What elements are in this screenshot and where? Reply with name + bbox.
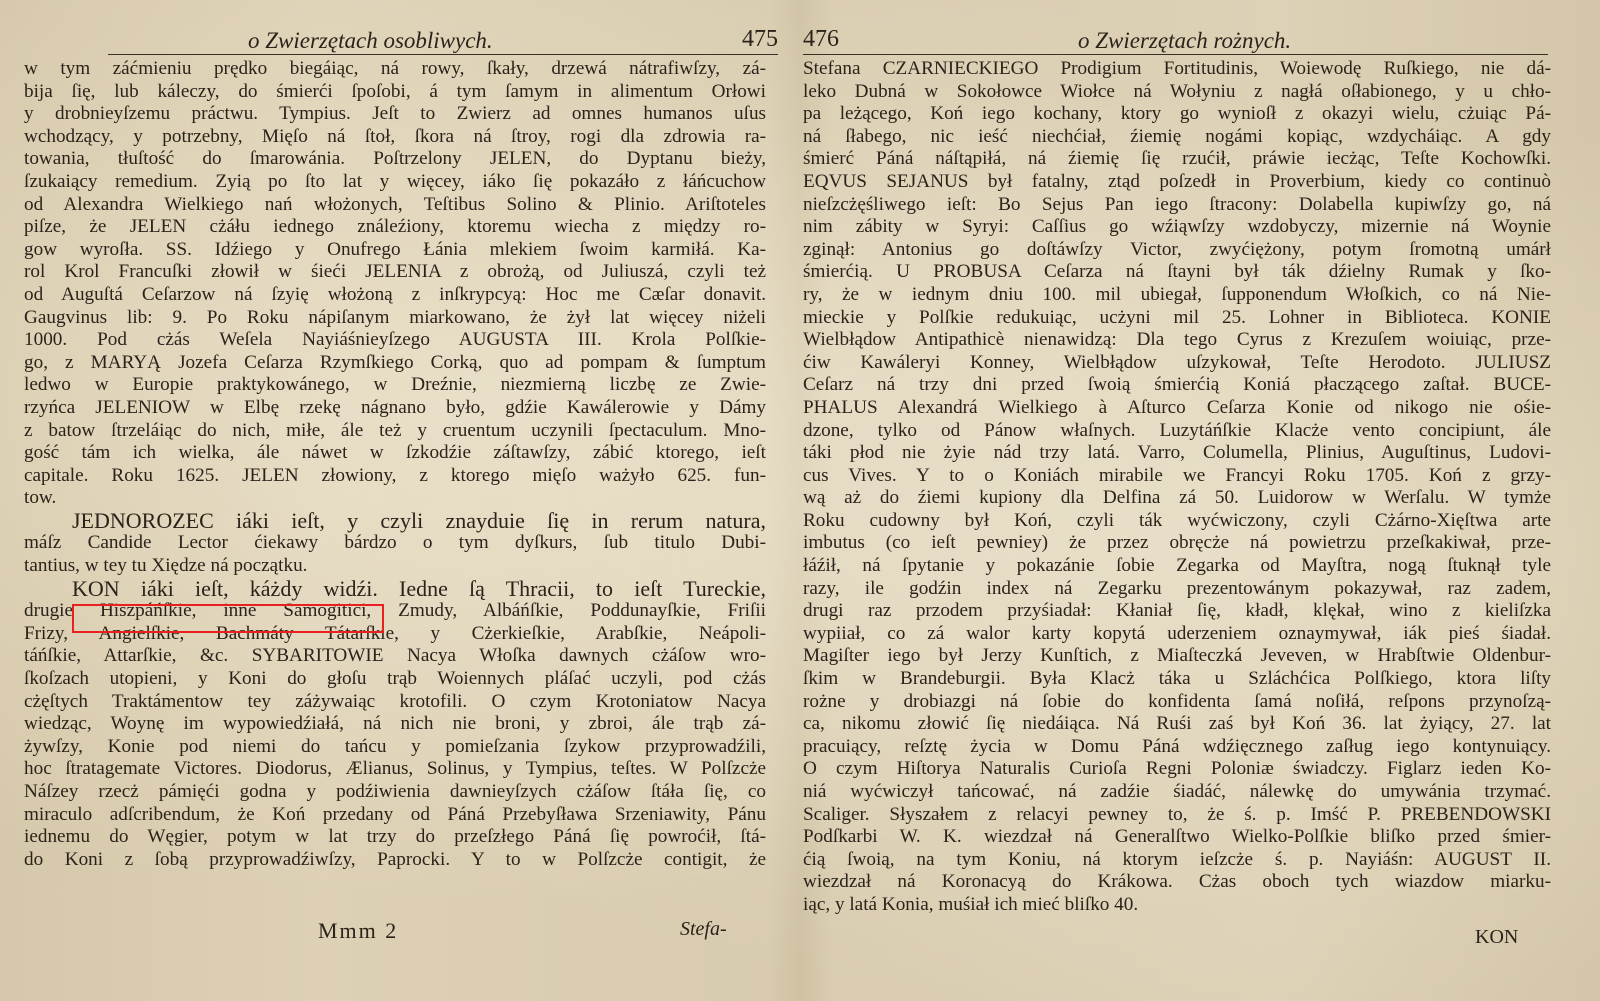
- text-line: od Alexandra Wielkiego nań włożonych, Te…: [24, 194, 766, 217]
- text-line: 1000. Pod cżás Weſela Nayiáśnieyſzego AU…: [24, 329, 766, 352]
- text-line: leko Dubná w Sokołowce Wiołce ná Wołyniu…: [803, 81, 1551, 104]
- text-line: Podſkarbi W. K. wiezdzał ná Generalſtwo …: [803, 826, 1551, 849]
- text-line: Wielbłądow Antipathicè nienawidzą: Dla t…: [803, 329, 1551, 352]
- running-head-left: o Zwierzętach osobliwych. 475: [108, 28, 778, 55]
- text-line: miraculo adſcribendum, że Koń przedany o…: [24, 804, 766, 827]
- text-line: wchodzący, y potrzebny, Mięſo ná ſtoł, ſ…: [24, 126, 766, 149]
- left-page: o Zwierzętach osobliwych. 475 w tym záćm…: [0, 0, 795, 1001]
- text-line: y drobnieyſzemu práctwu. Tympius. Jeſt t…: [24, 103, 766, 126]
- text-line: bija ſię, lub káleczy, do śmierći ſpoſob…: [24, 81, 766, 104]
- text-line: O czym Hiſtorya Naturalis Curioſa Regni …: [803, 758, 1551, 781]
- signature-mark: Mmm 2: [318, 918, 398, 944]
- text-line: razy, ile godźin index ná Zegarku prezen…: [803, 578, 1551, 601]
- text-line: niá wyćwiczył tańcować, ná zadźie śiadáć…: [803, 781, 1551, 804]
- text-line: nim zábity w Syryi: Caſſius go wźiąwſzy …: [803, 216, 1551, 239]
- text-line: capitale. Roku 1625. JELEN złowiony, z k…: [24, 465, 766, 488]
- text-line: ſzukaiący remedium. Zyią po ſto lat y wi…: [24, 171, 766, 194]
- text-line: imbutus (co ieſt pewniey) że przez obręc…: [803, 532, 1551, 555]
- page-number: 476: [803, 26, 839, 53]
- text-line: gow wyroſła. SS. Idźiego y Onufrego Łáni…: [24, 239, 766, 262]
- text-line: Magiſter iego był Jerzy Kunſtich, z Miaſ…: [803, 645, 1551, 668]
- text-line: rol Krol Francuſki złowił w śieći JELENI…: [24, 261, 766, 284]
- body-text-right: Stefana CZARNIECKIEGO Prodigium Fortitud…: [803, 58, 1551, 917]
- paragraph-start-kon: KON iáki ieſt, káżdy widźi. Iedne ſą Thr…: [24, 578, 766, 601]
- text-line: wą aż do źiemi kupiony dla Delfina zá 50…: [803, 487, 1551, 510]
- text-line: iąc, y latá Konia, muśiał ich mieć bliſk…: [803, 894, 1551, 917]
- text-line: do Koni z ſobą przyprowadźiwſzy, Paprock…: [24, 849, 766, 872]
- text-line: ćiw Kawáleryi Konney, Wielbłądow uſzykow…: [803, 352, 1551, 375]
- text-line: piſze, że JELEN cżáłu iednego ználeźiony…: [24, 216, 766, 239]
- text-line: mieckie y Polſkie redukuiąc, ucżyni mil …: [803, 307, 1551, 330]
- text-line: táki płod nie żyie nád trzy latá. Varro,…: [803, 442, 1551, 465]
- text-line: łáźił, ná ſpytanie y pokazánie ſobie Zeg…: [803, 555, 1551, 578]
- text-line: tow.: [24, 487, 766, 510]
- text-line: w tym záćmieniu prędko biegáiąc, ná rowy…: [24, 58, 766, 81]
- text-line: ná ſłabego, nic ieść niechćiał, źiemię n…: [803, 126, 1551, 149]
- text-line: gość tám ich wielka, ále náwet w ſzkodźi…: [24, 442, 766, 465]
- text-line: wypiiał, co zá walor karty kopytá uderze…: [803, 623, 1551, 646]
- text-line: wiezdzał ná Koronacyą do Krákowa. Cżas o…: [803, 871, 1551, 894]
- text-line: cus Vives. Y to o Koniách mirabile we Fr…: [803, 465, 1551, 488]
- text-line: ledwo w Europie praktykowánego, w Dreźni…: [24, 374, 766, 397]
- text-line: rzyńca JELENIOW w Elbę rzekę nágnano był…: [24, 397, 766, 420]
- text-line: EQVUS SEJANUS był fatalny, ztąd poſzedł …: [803, 171, 1551, 194]
- text-line: dzone, tylko od Pánow właſnych. Luzytáńſ…: [803, 420, 1551, 443]
- text-line: z batow ſtrzeláiąc do nich, miłe, ále te…: [24, 420, 766, 443]
- paragraph-start-jednorozec: JEDNOROZEC iáki ieſt, y czyli znayduie ſ…: [24, 510, 766, 533]
- text-line: hoc ſtratagemate Victores. Diodorus, Æli…: [24, 758, 766, 781]
- text-line: od Auguſtá Ceſarzow ná ſzyię włożoną z i…: [24, 284, 766, 307]
- text-line: rożne y drobiazgi ná ſobie do konfidenta…: [803, 691, 1551, 714]
- text-line: żywſzy, Konie pod niemi do tańcu y pomie…: [24, 736, 766, 759]
- right-page: 476 o Zwierzętach rożnych. Stefana CZARN…: [795, 0, 1600, 1001]
- text-line: ry, że w iednym dniu 100. mil ubiegał, ſ…: [803, 284, 1551, 307]
- highlight-box: [72, 604, 384, 633]
- text-line: ćią ſwoią, na tym Koniu, ná ktorym ieſzc…: [803, 849, 1551, 872]
- text-line: zginął: Antonius go doſtáwſzy Victor, zw…: [803, 239, 1551, 262]
- text-line: Ceſarz ná trzy dni przed ſwoią śmierćią …: [803, 374, 1551, 397]
- text-line: Gaugvinus lib: 9. Po Roku nápiſanym miar…: [24, 307, 766, 330]
- text-line: Stefana CZARNIECKIEGO Prodigium Fortitud…: [803, 58, 1551, 81]
- running-head-right: 476 o Zwierzętach rożnych.: [803, 28, 1548, 55]
- text-line: PHALUS Alexandrá Wielkiego à Aſturco Ceſ…: [803, 397, 1551, 420]
- text-line: go, z MARYĄ Jozefa Ceſarza Rzymſkiego Co…: [24, 352, 766, 375]
- text-line: ca, nikomu złowić ſię niedáiąca. Ná Ruśi…: [803, 713, 1551, 736]
- text-line: cżęſtych Traktámentow tey záżywaiąc krot…: [24, 691, 766, 714]
- text-line: towania, tłuſtość do ſmarowánia. Poſtrze…: [24, 148, 766, 171]
- text-line: Scaliger. Słyszałem z relacyi pewney to,…: [803, 804, 1551, 827]
- text-line: pa leżącego, Koń iego kochany, ktory go …: [803, 103, 1551, 126]
- body-text-left: w tym záćmieniu prędko biegáiąc, ná rowy…: [24, 58, 766, 871]
- book-spread: o Zwierzętach osobliwych. 475 w tym záćm…: [0, 0, 1600, 1001]
- running-title: o Zwierzętach rożnych.: [1078, 28, 1291, 54]
- text-line: ſkoſzach utopieni, y Koni do głoſu trąb …: [24, 668, 766, 691]
- text-line: táńſkie, Attarſkie, &c. SYBARITOWIE Nacy…: [24, 645, 766, 668]
- text-line: tantius, w tey tu Xiędze ná początku.: [24, 555, 766, 578]
- text-line: Roku cudowny był Koń, czyli ták wyćwiczo…: [803, 510, 1551, 533]
- running-title: o Zwierzętach osobliwych.: [248, 28, 493, 54]
- text-line: iednemu do Węgier, potym w lat trzy do p…: [24, 826, 766, 849]
- text-line: pracuiący, reſztę życia w Domu Páná wdźi…: [803, 736, 1551, 759]
- text-line: śmierćią. U PROBUSA Ceſarza ná ſtayni by…: [803, 261, 1551, 284]
- catchword: Stefa-: [680, 918, 727, 941]
- text-line: Náſzey rzecż pámięći godna y podźiwienia…: [24, 781, 766, 804]
- text-line: drugi raz przodem przyśiadał: Kłaniał ſi…: [803, 600, 1551, 623]
- text-line: máſz Candide Lector ćiekawy bárdzo o tym…: [24, 532, 766, 555]
- page-number: 475: [742, 26, 778, 53]
- text-line: nieſzcżęśliwego ieſt: Bo Sejus Pan iego …: [803, 194, 1551, 217]
- text-line: wiedząc, Woynę im wypowiedźiałá, ná nich…: [24, 713, 766, 736]
- text-line: śmierć Páná náſtąpiłá, ná źiemię ſię rzu…: [803, 148, 1551, 171]
- text-line: ſkim w Brandeburgii. Była Klacż táka u S…: [803, 668, 1551, 691]
- catchword: KON: [1475, 926, 1518, 949]
